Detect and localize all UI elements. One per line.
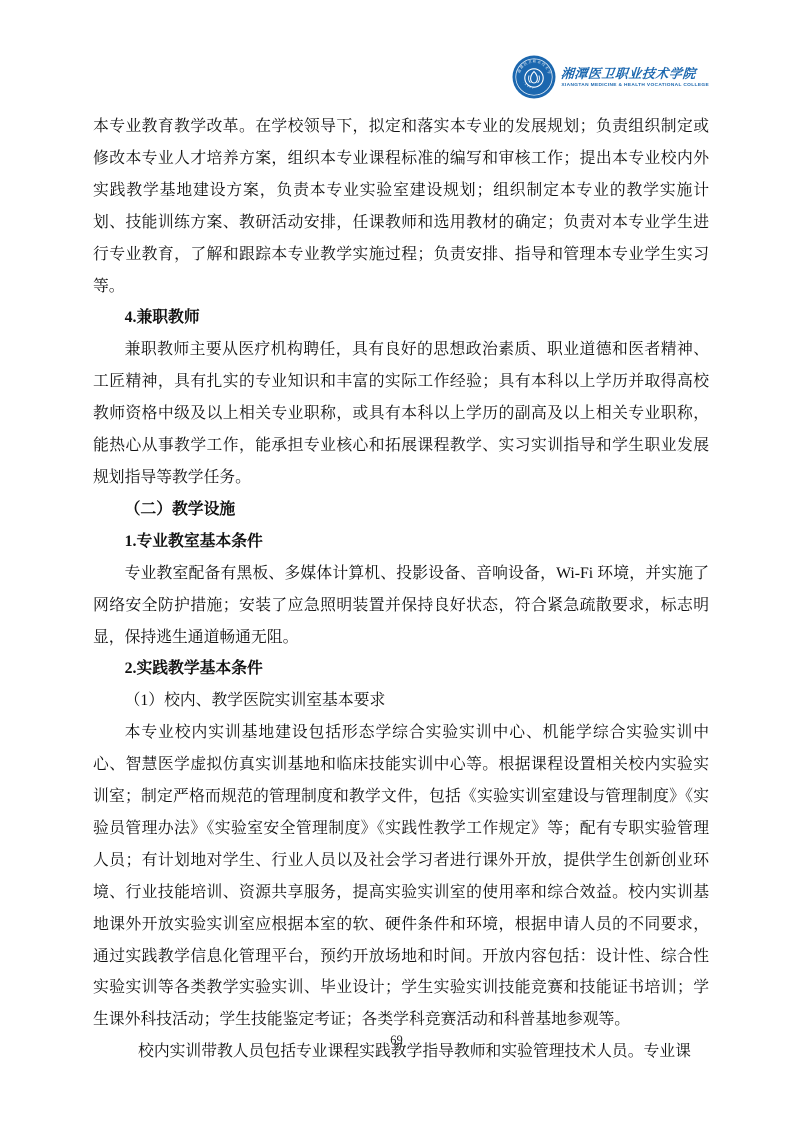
paragraph: 本专业校内实训基地建设包括形态学综合实验实训中心、机能学综合实验实训中心、智慧医…	[93, 717, 709, 1036]
college-logo: 湘潭医卫职业技术学院 · 1 9 6 3 · 湘潭医卫职业技术学院 XIANGT…	[512, 55, 709, 99]
document-page: 湘潭医卫职业技术学院 · 1 9 6 3 · 湘潭医卫职业技术学院 XIANGT…	[0, 0, 793, 1122]
section-heading: 2.实践教学基本条件	[93, 653, 709, 685]
college-name-zh: 湘潭医卫职业技术学院	[561, 65, 710, 82]
document-body: 本专业教育教学改革。在学校领导下，拟定和落实本专业的发展规划；负责组织制定或修改…	[93, 111, 709, 1068]
college-name-en: XIANGTAN MEDICINE & HEALTH VOCATIONAL CO…	[561, 82, 709, 89]
section-heading: （二）教学设施	[93, 494, 709, 526]
college-emblem-icon: 湘潭医卫职业技术学院 · 1 9 6 3 ·	[512, 55, 556, 99]
section-heading: 1.专业教室基本条件	[93, 526, 709, 558]
paragraph: 专业教室配备有黑板、多媒体计算机、投影设备、音响设备，Wi-Fi 环境，并实施了…	[93, 558, 709, 654]
page-number: 69	[0, 1033, 793, 1048]
section-heading: 4.兼职教师	[93, 302, 709, 334]
paragraph: （1）校内、教学医院实训室基本要求	[93, 685, 709, 717]
paragraph: 本专业教育教学改革。在学校领导下，拟定和落实本专业的发展规划；负责组织制定或修改…	[93, 111, 709, 302]
paragraph: 兼职教师主要从医疗机构聘任，具有良好的思想政治素质、职业道德和医者精神、工匠精神…	[93, 334, 709, 494]
